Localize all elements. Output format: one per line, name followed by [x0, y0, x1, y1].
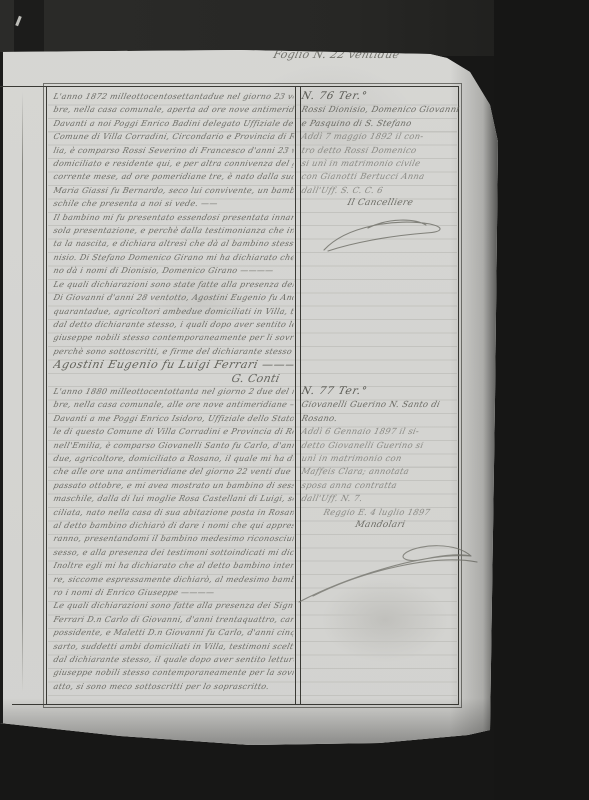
act-text-line: quarantadue, agricoltori ambedue domicil… [52, 305, 295, 318]
margin-entry-line: detto Giovanelli Guerino si [300, 439, 460, 452]
act-text-line: che alle ore una antimeridiane del giorn… [52, 465, 295, 478]
book-spine [14, 0, 44, 56]
margin-entry-line: Reggio E. 4 luglio 1897 [300, 506, 460, 519]
table-top-rule-extension [0, 86, 46, 87]
act-text-line: sarto, suddetti ambi domiciliati in Vill… [52, 640, 295, 653]
margin-entry-line: con Gianotti Bertucci Anna [300, 170, 460, 183]
act-text-line: dal detto dichiarante stesso, i quali do… [52, 318, 295, 331]
act-text-line: dal dichiarante stesso, il quale dopo av… [52, 653, 295, 666]
act-text-line: possidente, e Maletti D.n Giovanni fu Ca… [52, 626, 295, 639]
margin-entry-line: Mandolari [300, 519, 460, 532]
act-text-line: L'anno 1872 milleottocentosettantadue ne… [52, 90, 295, 103]
act-text-line: Agostini Eugenio fu Luigi Ferrari ———— [52, 358, 295, 371]
act-text-line: Il bambino mi fu presentato essendosi pr… [52, 211, 295, 224]
margin-entry-line: Rosano. [300, 412, 460, 425]
margin-entry-line: Il Cancelliere [300, 197, 460, 210]
act-text-line: L'anno 1880 milleottocentottanta nel gio… [52, 385, 295, 398]
margin-entry-line: Addì 6 Gennaio 1897 il si- [300, 425, 460, 438]
act-text-line: due, agricoltore, domiciliato a Rosano, … [52, 452, 295, 465]
act-text-line: ro i nomi di Enrico Giuseppe ———— [52, 586, 295, 599]
act-text-line: Ferrari D.n Carlo di Giovanni, d'anni tr… [52, 613, 295, 626]
act-text-line: Inoltre egli mi ha dichiarato che al det… [52, 559, 295, 572]
page-bottom-edge-shadow [0, 698, 500, 748]
act-text-line: re, siccome espressamente dichiarò, al m… [52, 573, 295, 586]
act-text-line: Davanti a noi Poggi Enrico Badini delega… [52, 117, 295, 130]
act-text-line: Davanti a me Poggi Enrico Isidoro, Uffiz… [52, 412, 295, 425]
act-text-line: atto, si sono meco sottoscritti per lo s… [52, 680, 295, 693]
act-text-line: giuseppe nobili stesso contemporaneament… [52, 331, 295, 344]
act-text-line: schile che presenta a noi si vede. —— [52, 197, 295, 210]
cancelliere-signature-flourish [318, 214, 458, 258]
margin-entry-76: N. 76 Ter.°Rossi Dionisio, Domenico Giov… [300, 90, 457, 211]
act-text-line: sesso, e alla presenza dei testimoni sot… [52, 546, 295, 559]
act-text-column: L'anno 1872 milleottocentosettantadue ne… [52, 90, 292, 693]
act-text-line: domiciliato e residente qui, e per altra… [52, 157, 295, 170]
act-text-line: al detto bambino dichiarò di dare i nomi… [52, 519, 295, 532]
margin-entry-77: N. 77 Ter.°Giovanelli Guerino N. Santo d… [300, 385, 457, 532]
act-text-line: le di questo Comune di Villa Corradini e… [52, 425, 295, 438]
photo-background-right [494, 0, 589, 800]
act-text-line: lia, è comparso Rossi Severino di France… [52, 144, 295, 157]
act-text-line: no dà i nomi di Dionisio, Domenico Giran… [52, 264, 295, 277]
margin-entry-line: e Pasquino di S. Stefano [300, 117, 460, 130]
margin-entry-line: sposa anna contratta [300, 479, 460, 492]
margin-entry-line: tro detto Rossi Domenico [300, 144, 460, 157]
act-text-line: corrente mese, ad ore pomeridiane tre, è… [52, 170, 295, 183]
margin-entry-line: N. 76 Ter.° [300, 90, 460, 103]
margin-entry-line: Maffeis Clara; annotata [300, 465, 460, 478]
act-text-line: nisio. Di Stefano Domenico Girano mi ha … [52, 251, 295, 264]
act-text-line: Le quali dichiarazioni sono fatte alla p… [52, 599, 295, 612]
act-text-line: ciliata, nato nella casa di sua abitazio… [52, 506, 295, 519]
act-text-line: G. Conti [52, 372, 295, 385]
margin-entry-line: si unì in matrimonio civile [300, 157, 460, 170]
act-text-line: giuseppe nobili stesso contemporaneament… [52, 666, 295, 679]
margin-entry-line: dall'Uff. S. C. C. 6 [300, 184, 460, 197]
margin-entry-line: Addì 7 maggio 1892 il con- [300, 130, 460, 143]
page-left-edge-shadow [0, 48, 3, 738]
act-text-line: Comune di Villa Corradini, Circondario e… [52, 130, 295, 143]
act-text-line: sola presentazione, e perchè dalla testi… [52, 224, 295, 237]
act-text-line: bre, nella casa comunale, alle ore nove … [52, 398, 295, 411]
act-text-line: perchè sono sottoscritti, e firme del di… [52, 345, 295, 358]
act-text-line: Maria Giassi fu Bernardo, seco lui convi… [52, 184, 295, 197]
act-text-line: Di Giovanni d'anni 28 ventotto, Agostini… [52, 291, 295, 304]
act-text-line: nell'Emilia, è comparso Giovanelli Santo… [52, 439, 295, 452]
act-text-line: bre, nella casa comunale, aperta ad ore … [52, 103, 295, 116]
act-text-line: maschile, dalla di lui moglie Rosa Caste… [52, 492, 295, 505]
margin-entry-line: N. 77 Ter.° [300, 385, 460, 398]
act-text-line: passato ottobre, e mi avea mostrato un b… [52, 479, 295, 492]
margin-entry-line: dall'Uff. N. 7. [300, 492, 460, 505]
act-text-line: Le quali dichiarazioni sono state fatte … [52, 278, 295, 291]
act-text-line: ta la nascita, e dichiara altresì che dà… [52, 237, 295, 250]
margin-entry-line: unì in matrimonio con [300, 452, 460, 465]
act-text-line: ranno, presentandomi il bambino medesimo… [52, 532, 295, 545]
page-crease-line [22, 92, 23, 692]
